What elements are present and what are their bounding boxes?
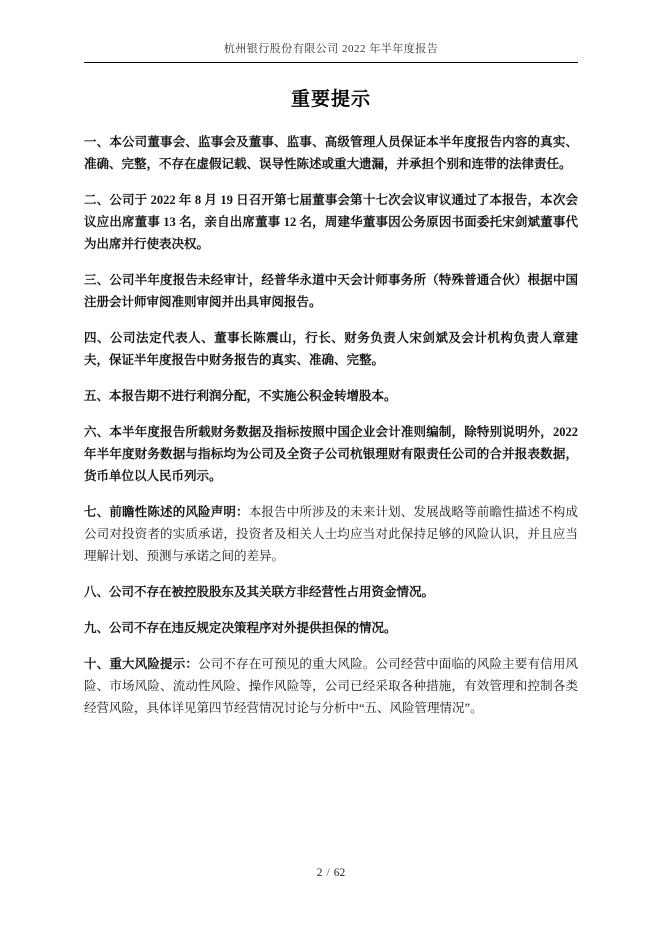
paragraph-lead: 八、公司不存在被控股股东及其关联方非经营性占用资金情况。 [84, 585, 434, 599]
paragraph-lead: 五、本报告期不进行利润分配，不实施公积金转增股本。 [84, 389, 397, 403]
notice-paragraph-10: 十、重大风险提示：公司不存在可预见的重大风险。公司经营中面临的风险主要有信用风险… [84, 653, 578, 719]
paragraph-lead: 一、本公司董事会、监事会及董事、监事、高级管理人员保证本半年度报告内容的真实、准… [84, 135, 578, 171]
notice-paragraph-2: 二、公司于 2022 年 8 月 19 日召开第七届董事会第十七次会议审议通过了… [84, 189, 578, 255]
notice-paragraph-4: 四、公司法定代表人、董事长陈震山，行长、财务负责人宋剑斌及会计机构负责人章建夫，… [84, 327, 578, 371]
page-number-current: 2 [317, 867, 323, 879]
paragraph-lead: 十、重大风险提示： [84, 657, 198, 671]
paragraph-lead: 三、公司半年度报告未经审计，经普华永道中天会计师事务所（特殊普通合伙）根据中国注… [84, 273, 578, 309]
report-page: 杭州银行股份有限公司 2022 年半年度报告 重要提示 一、本公司董事会、监事会… [0, 0, 662, 936]
notice-paragraph-6: 六、本半年度报告所载财务数据及指标按照中国企业会计准则编制，除特别说明外，202… [84, 421, 578, 487]
page-title: 重要提示 [84, 87, 578, 113]
page-number: 2/62 [0, 865, 662, 881]
notice-paragraph-9: 九、公司不存在违反规定决策程序对外提供担保的情况。 [84, 617, 578, 639]
paragraph-lead: 四、公司法定代表人、董事长陈震山，行长、财务负责人宋剑斌及会计机构负责人章建夫，… [84, 331, 578, 367]
notice-paragraph-5: 五、本报告期不进行利润分配，不实施公积金转增股本。 [84, 385, 578, 407]
paragraph-lead: 二、公司于 2022 年 8 月 19 日召开第七届董事会第十七次会议审议通过了… [84, 193, 578, 251]
page-number-separator: / [323, 867, 334, 879]
paragraph-lead: 六、本半年度报告所载财务数据及指标按照中国企业会计准则编制，除特别说明外，202… [84, 425, 578, 483]
notice-paragraph-7: 七、前瞻性陈述的风险声明：本报告中所涉及的未来计划、发展战略等前瞻性描述不构成公… [84, 501, 578, 567]
paragraph-lead: 七、前瞻性陈述的风险声明： [84, 505, 249, 519]
notice-paragraph-3: 三、公司半年度报告未经审计，经普华永道中天会计师事务所（特殊普通合伙）根据中国注… [84, 269, 578, 313]
page-content: 杭州银行股份有限公司 2022 年半年度报告 重要提示 一、本公司董事会、监事会… [84, 0, 578, 719]
notice-paragraph-1: 一、本公司董事会、监事会及董事、监事、高级管理人员保证本半年度报告内容的真实、准… [84, 131, 578, 175]
notice-paragraphs: 一、本公司董事会、监事会及董事、监事、高级管理人员保证本半年度报告内容的真实、准… [84, 131, 578, 719]
page-number-total: 62 [334, 867, 346, 879]
running-header: 杭州银行股份有限公司 2022 年半年度报告 [84, 42, 578, 63]
paragraph-lead: 九、公司不存在违反规定决策程序对外提供担保的情况。 [84, 621, 397, 635]
notice-paragraph-8: 八、公司不存在被控股股东及其关联方非经营性占用资金情况。 [84, 581, 578, 603]
